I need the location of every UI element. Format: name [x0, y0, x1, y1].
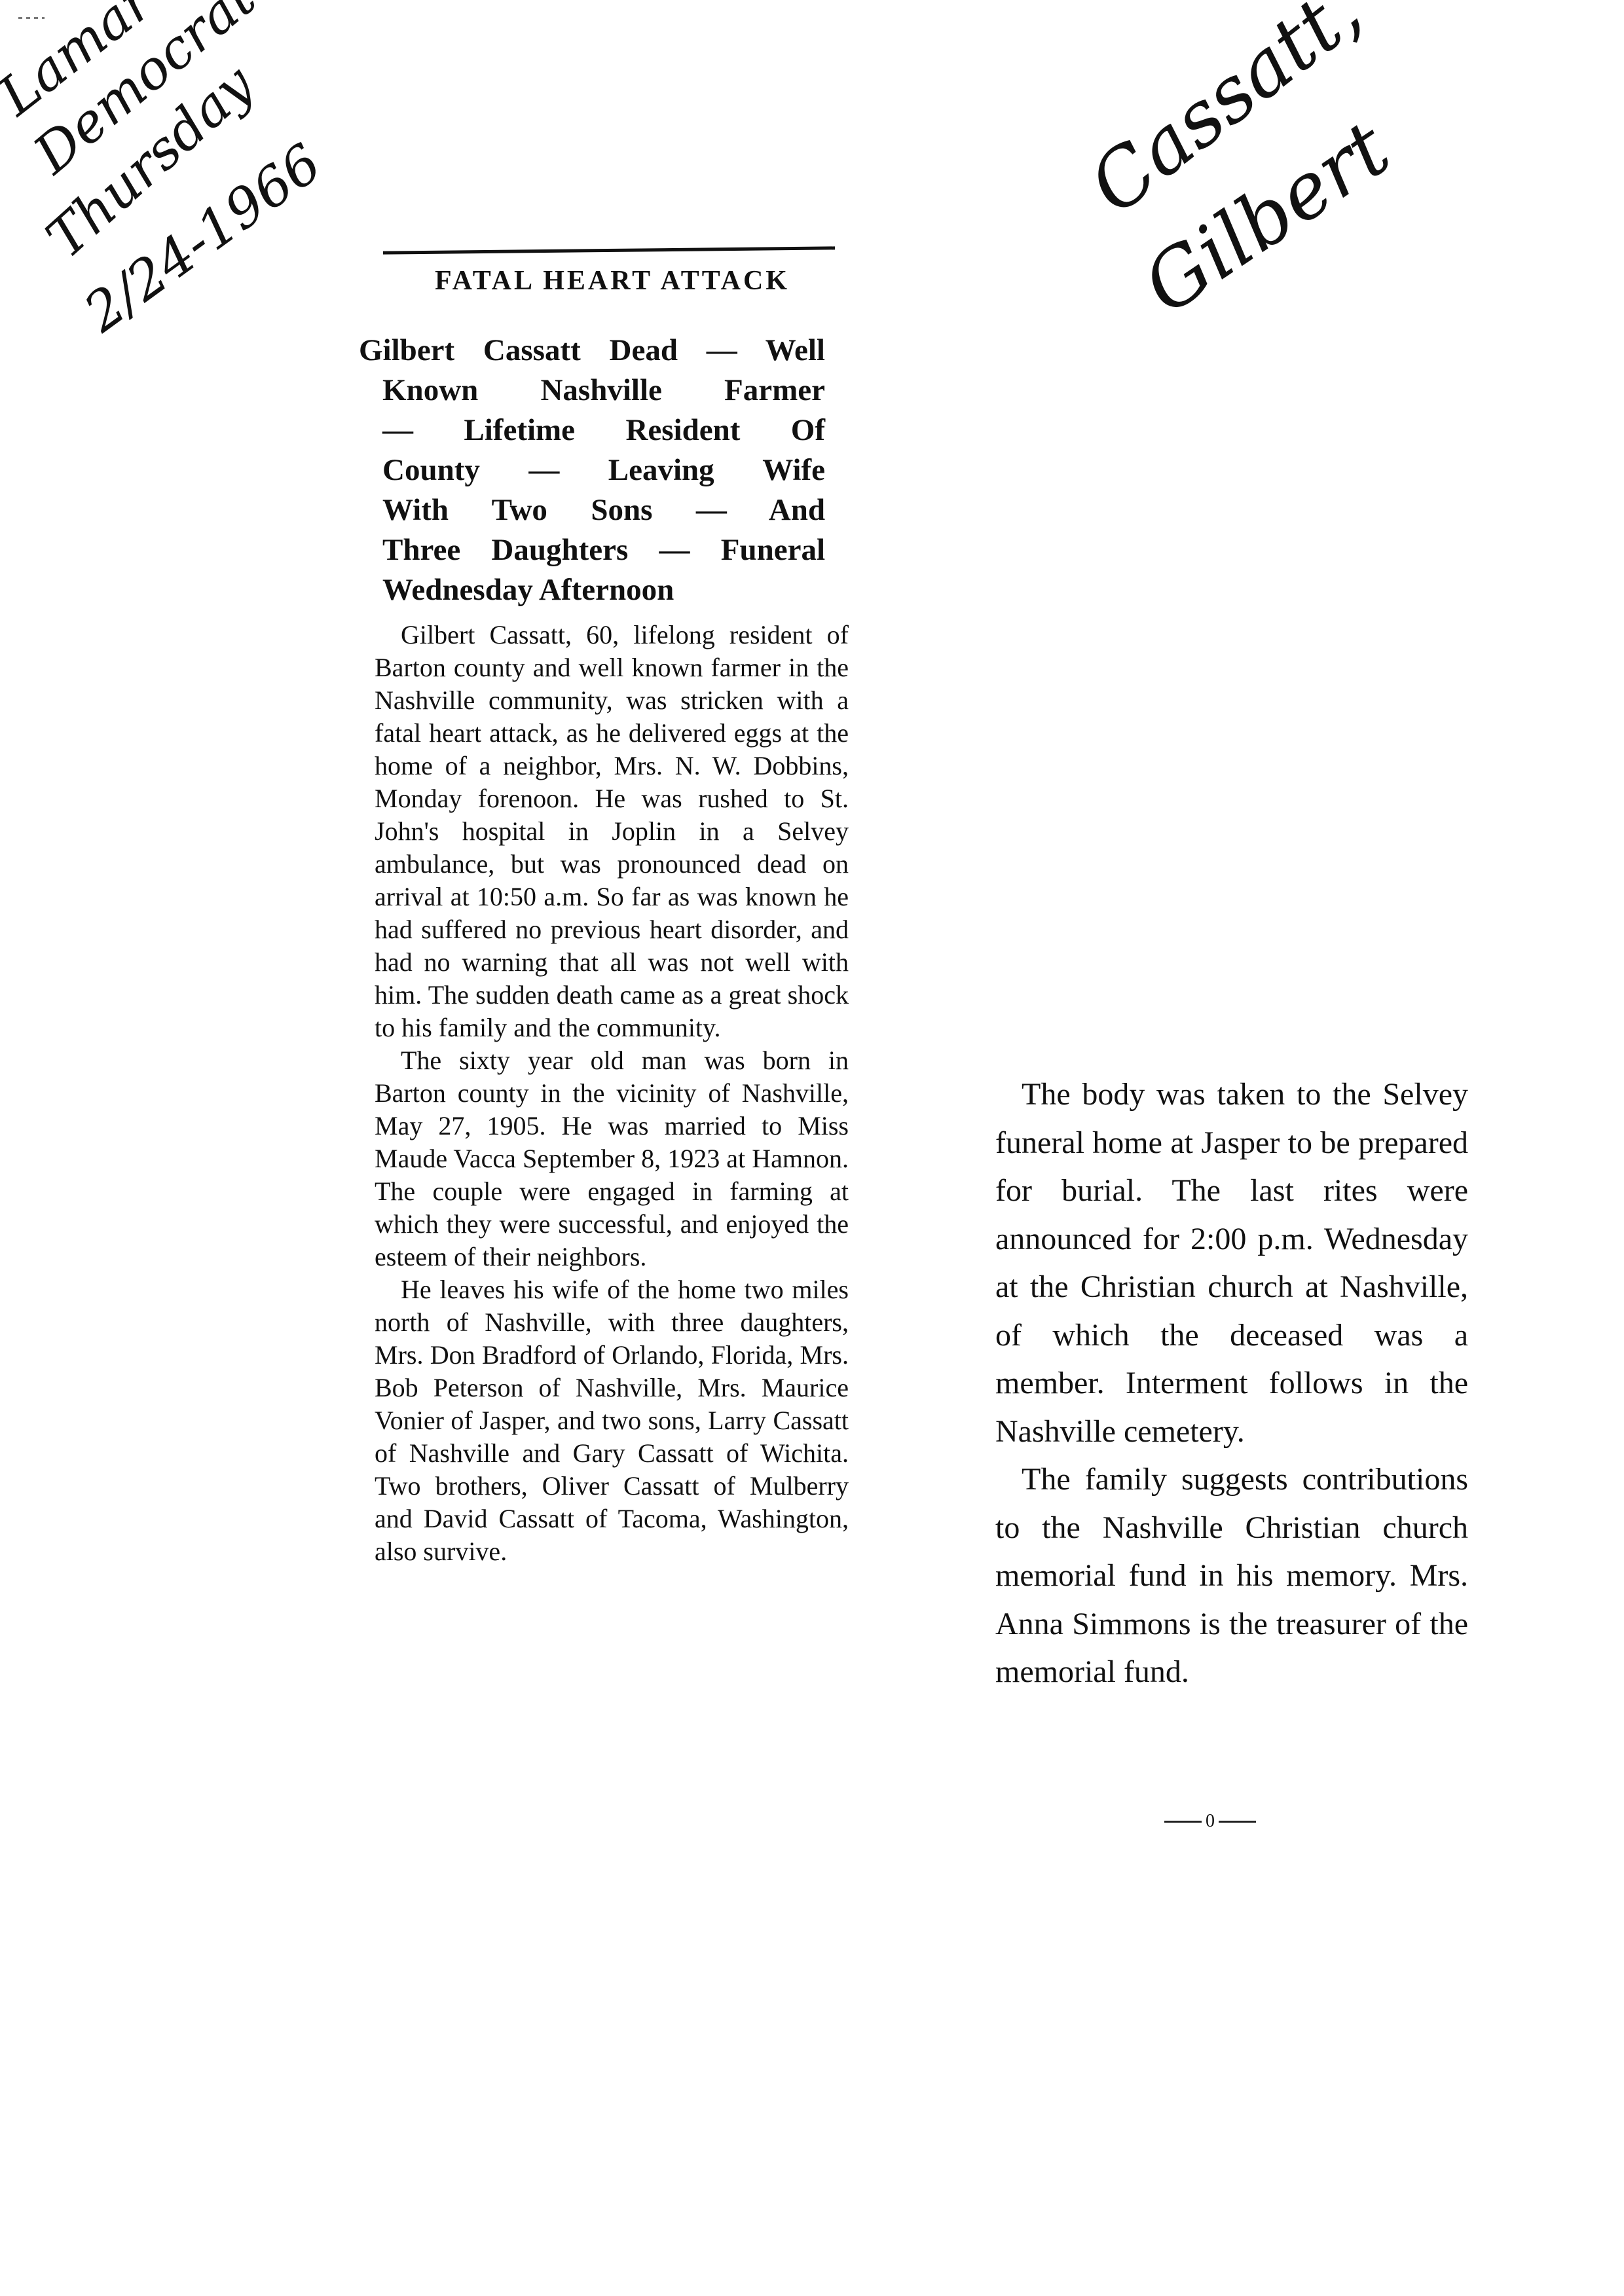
- body-paragraph: The family suggests contributions to the…: [995, 1455, 1468, 1696]
- article-body-right-column: The body was taken to the Selvey funeral…: [995, 1070, 1468, 1696]
- headline-line: Known Nashville Farmer: [359, 371, 825, 410]
- body-paragraph: The body was taken to the Selvey funeral…: [995, 1070, 1468, 1455]
- headline-line: Wednesday Afternoon: [359, 570, 825, 610]
- headline-line: County — Leaving Wife: [359, 450, 825, 490]
- body-paragraph: The sixty year old man was born in Barto…: [375, 1044, 849, 1273]
- article-headline: Gilbert Cassatt Dead — Well Known Nashvi…: [359, 331, 825, 610]
- handwritten-name-label: Cassatt, Gilbert: [1074, 52, 1480, 354]
- headline-line: Gilbert Cassatt Dead — Well: [359, 331, 825, 371]
- article-body-left-column: Gilbert Cassatt, 60, lifelong resident o…: [375, 619, 849, 1568]
- headline-line: Three Daughters — Funeral: [359, 530, 825, 570]
- handwritten-source-note: Lamar Democrat Thursday 2/24-1966: [0, 0, 367, 367]
- headline-line: — Lifetime Resident Of: [359, 410, 825, 450]
- article-end-mark: 0: [1164, 1815, 1256, 1828]
- body-paragraph: He leaves his wife of the home two miles…: [375, 1273, 849, 1568]
- headline-line: With Two Sons — And: [359, 490, 825, 530]
- scan-artifact: [18, 17, 45, 19]
- header-rule: [383, 246, 835, 254]
- body-paragraph: Gilbert Cassatt, 60, lifelong resident o…: [375, 619, 849, 1044]
- article-kicker: FATAL HEART ATTACK: [386, 265, 838, 297]
- end-dash: [1219, 1821, 1256, 1823]
- end-dash: [1164, 1821, 1202, 1823]
- end-glyph: 0: [1206, 1815, 1215, 1828]
